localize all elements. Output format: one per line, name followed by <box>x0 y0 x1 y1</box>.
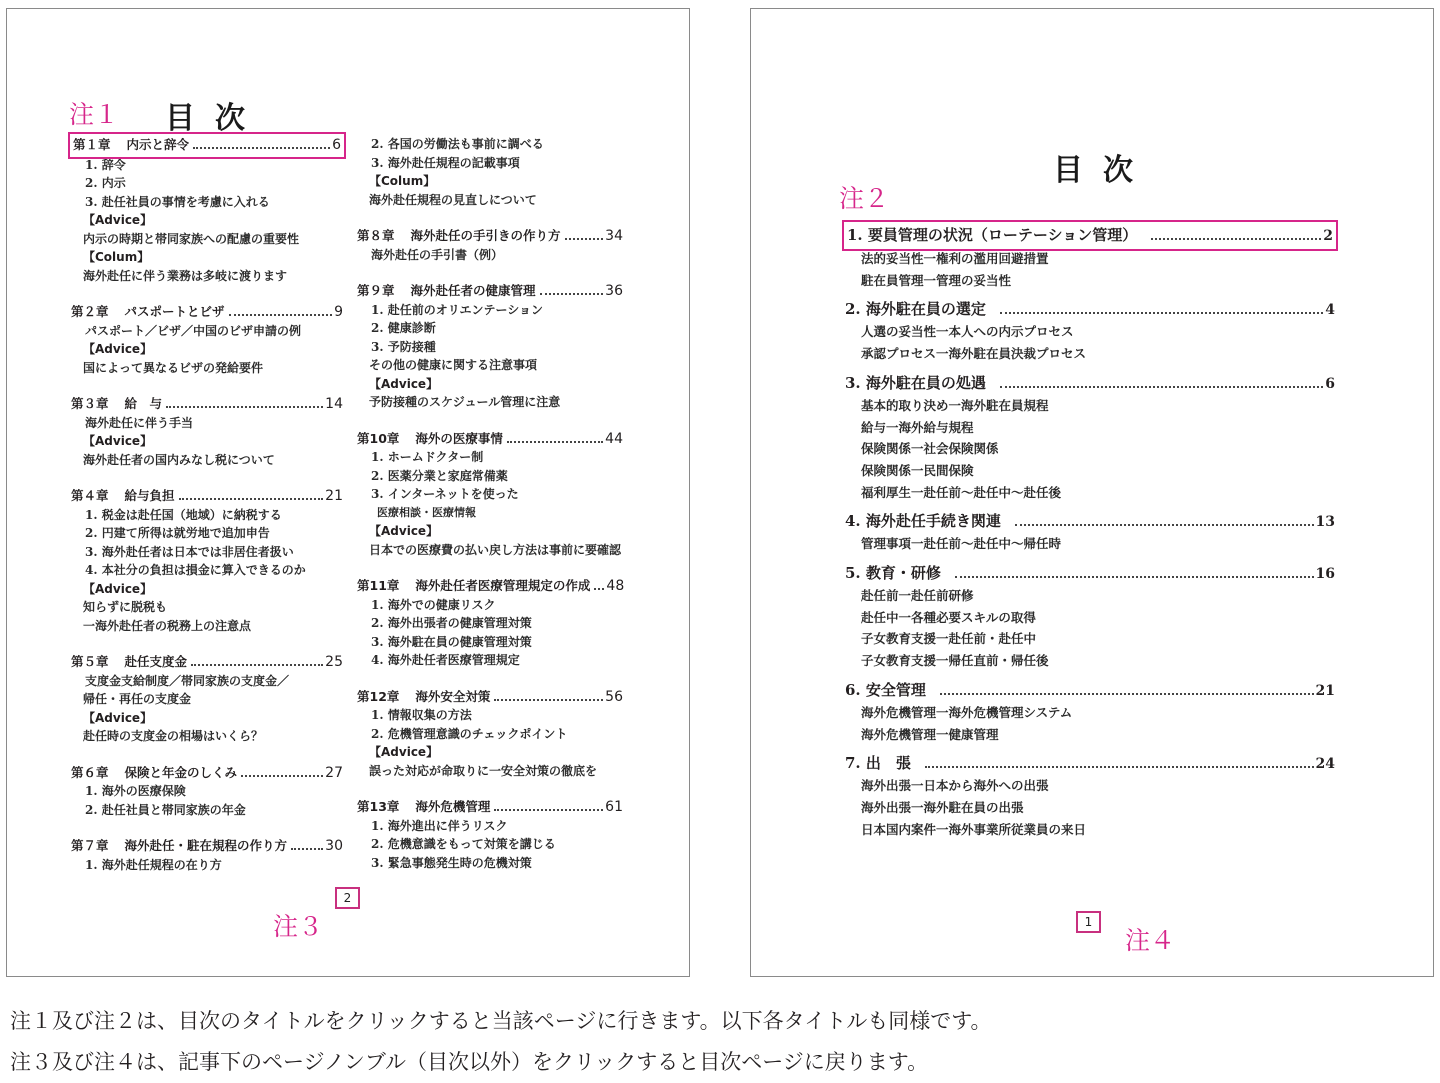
chapter-page-number: 34 <box>605 227 623 246</box>
page-title: 目次 <box>165 93 265 137</box>
section-page-number: 13 <box>1316 511 1335 533</box>
toc-subitem: 予防接種のスケジュール管理に注意 <box>357 393 623 412</box>
section-page-number: 16 <box>1316 563 1335 585</box>
chapter-title-link[interactable]: 第２章パスポートとビザ9 <box>71 303 343 322</box>
section-tag: 【Advice】 <box>71 709 343 728</box>
chapter-page-number: 30 <box>325 837 343 856</box>
chapter-name: 海外の医療事情 <box>415 430 503 449</box>
toc-section: 7. 出 張24海外出張一日本から海外への出張海外出張一海外駐在員の出張日本国内… <box>845 752 1335 840</box>
toc-subitem: 福利厚生一赴任前～赴任中～赴任後 <box>845 482 1335 504</box>
dot-leader <box>166 406 323 408</box>
section-page-number: 2 <box>1323 225 1333 247</box>
toc-subitem: 赴任中一各種必要スキルの取得 <box>845 607 1335 629</box>
note-2-label: 注２ <box>839 179 889 215</box>
dot-leader <box>179 498 324 500</box>
toc-subitem: 4. 海外赴任者医療管理規定 <box>357 651 623 670</box>
toc-subitem: 2. 危機管理意識のチェックポイント <box>357 725 623 744</box>
toc-page-right: 目次 注２ 1. 要員管理の状況（ローテーション管理）2法的妥当性一権利の濫用回… <box>750 8 1434 977</box>
toc-subitem: 海外赴任規程の見直しについて <box>357 191 623 210</box>
chapter-block: 第11章海外赴任者医療管理規定の作成481. 海外での健康リスク2. 海外出張者… <box>357 577 623 670</box>
note-1-label: 注１ <box>69 95 119 131</box>
note-3-label: 注３ <box>273 907 323 943</box>
dot-leader <box>241 775 323 777</box>
toc-subitem: 法的妥当性一権利の濫用回避措置 <box>845 248 1335 270</box>
toc-subitem: 1. 海外の医療保険 <box>71 782 343 801</box>
chapter-page-number: 48 <box>606 577 624 596</box>
chapter-name: 海外安全対策 <box>415 688 490 707</box>
chapter-number: 第８章 <box>357 227 395 246</box>
chapter-block: 第７章海外赴任・駐在規程の作り方301. 海外赴任規程の在り方 <box>71 837 343 874</box>
dot-leader <box>229 314 333 316</box>
section-page-number: 24 <box>1316 753 1335 775</box>
toc-subitem: 誤った対応が命取りに一安全対策の徹底を <box>357 762 623 781</box>
chapter-block: 第９章海外赴任者の健康管理361. 赴任前のオリエンテーション2. 健康診断3.… <box>357 282 623 412</box>
section-tag: 【Advice】 <box>71 432 343 451</box>
toc-section: 2. 海外駐在員の選定4人選の妥当性一本人への内示プロセス承認プロセス一海外駐在… <box>845 298 1335 364</box>
chapter-number: 第３章 <box>71 395 109 414</box>
toc-subitem: 1. 海外進出に伴うリスク <box>357 817 623 836</box>
section-page-number: 4 <box>1325 299 1335 321</box>
dot-leader <box>1151 238 1321 240</box>
toc-subitem: 1. 情報収集の方法 <box>357 706 623 725</box>
chapter-block: 第13章海外危機管理611. 海外進出に伴うリスク2. 危機意識をもって対策を講… <box>357 798 623 872</box>
dot-leader <box>1000 386 1323 388</box>
toc-subitem: 3. 海外赴任者は日本では非居住者扱い <box>71 543 343 562</box>
dot-leader <box>494 699 603 701</box>
toc-subitem: 赴任時の支度金の相場はいくら？ <box>71 727 343 746</box>
section-name: 4. 海外赴任手続き関連 <box>845 510 1001 532</box>
toc-subitem: 海外赴任者の国内みなし税について <box>71 451 343 470</box>
caption-line-1: 注１及び注２は、目次のタイトルをクリックすると当該ページに行きます。以下各タイト… <box>10 1005 992 1035</box>
chapter-block: 第５章赴任支度金25支度金支給制度／帯同家族の支度金／帰任・再任の支度金【Adv… <box>71 653 343 746</box>
chapter-title-link[interactable]: 第12章海外安全対策56 <box>357 688 623 707</box>
section-tag: 【Colum】 <box>357 172 623 191</box>
chapter-name: 赴任支度金 <box>125 653 188 672</box>
chapter-block: 第10章海外の医療事情441. ホームドクター制2. 医薬分業と家庭常備薬3. … <box>357 430 623 560</box>
toc-subitem: 基本的取り決め一海外駐在員規程 <box>845 395 1335 417</box>
chapter-number: 第10章 <box>357 430 399 449</box>
chapter-name: 給与負担 <box>125 487 175 506</box>
chapter-title-link[interactable]: 第３章給 与14 <box>71 395 343 414</box>
dot-leader <box>193 147 330 149</box>
toc-subitem: 人選の妥当性一本人への内示プロセス <box>845 321 1335 343</box>
toc-page-left: 注１ 目次 第１章内示と辞令61. 辞令2. 内示3. 赴任社員の事情を考慮に入… <box>6 8 690 977</box>
toc-subitem: 海外危機管理一健康管理 <box>845 724 1335 746</box>
chapter-page-number: 9 <box>334 303 343 322</box>
dot-leader <box>955 576 1314 578</box>
chapter-page-number: 14 <box>325 395 343 414</box>
chapter-number: 第６章 <box>71 764 109 783</box>
toc-subitem: 医療相談・医療情報 <box>357 504 623 523</box>
toc-section: 6. 安全管理21海外危機管理一海外危機管理システム海外危機管理一健康管理 <box>845 679 1335 745</box>
toc-subitem: 1. 海外での健康リスク <box>357 596 623 615</box>
section-tag: 【Colum】 <box>71 248 343 267</box>
section-page-number: 6 <box>1325 373 1335 395</box>
toc-subitem: 3. 海外赴任規程の記載事項 <box>357 154 623 173</box>
chapter-title-link[interactable]: 第８章海外赴任の手引きの作り方34 <box>357 227 623 246</box>
dot-leader <box>494 809 603 811</box>
chapter-title-link[interactable]: 第13章海外危機管理61 <box>357 798 623 817</box>
dot-leader <box>594 588 604 590</box>
chapter-name: 海外赴任・駐在規程の作り方 <box>125 837 288 856</box>
chapter-name: 給 与 <box>125 395 163 414</box>
chapter-number: 第１章 <box>73 136 111 155</box>
chapter-page-number: 61 <box>605 798 623 817</box>
toc-subitem: 1. 海外赴任規程の在り方 <box>71 856 343 875</box>
toc-subitem: 3. インターネットを使った <box>357 485 623 504</box>
section-name: 5. 教育・研修 <box>845 562 941 584</box>
toc-section: 3. 海外駐在員の処遇6基本的取り決め一海外駐在員規程給与一海外給与規程保険関係… <box>845 372 1335 504</box>
chapter-title-link[interactable]: 第10章海外の医療事情44 <box>357 430 623 449</box>
toc-subitem: 管理事項一赴任前～赴任中～帰任時 <box>845 533 1335 555</box>
chapter-title-link[interactable]: 第１章内示と辞令6 <box>71 135 343 156</box>
section-title-link[interactable]: 1. 要員管理の状況（ローテーション管理）2 <box>845 223 1335 248</box>
toc-subitem: 1. 税金は赴任国（地域）に納税する <box>71 506 343 525</box>
chapter-block: 第４章給与負担211. 税金は赴任国（地域）に納税する2. 円建て所得は就労地で… <box>71 487 343 635</box>
toc-subitem: 保険関係一民間保険 <box>845 460 1335 482</box>
toc-subitem: 2. 健康診断 <box>357 319 623 338</box>
chapter-block: 第12章海外安全対策561. 情報収集の方法2. 危機管理意識のチェックポイント… <box>357 688 623 781</box>
toc-subitem: 2. 各国の労働法も事前に調べる <box>357 135 623 154</box>
dot-leader <box>1000 312 1323 314</box>
toc-subitem: 2. 危機意識をもって対策を講じる <box>357 835 623 854</box>
chapter-number: 第11章 <box>357 577 399 596</box>
toc-subitem: 承認プロセス一海外駐在員決裁プロセス <box>845 343 1335 365</box>
toc-subitem: 子女教育支援一帰任直前・帰任後 <box>845 650 1335 672</box>
toc-subitem: 2. 円建て所得は就労地で追加申告 <box>71 524 343 543</box>
chapter-page-number: 36 <box>605 282 623 301</box>
toc-subitem: その他の健康に関する注意事項 <box>357 356 623 375</box>
toc-subitem: 海外出張一海外駐在員の出張 <box>845 797 1335 819</box>
dot-leader <box>565 238 604 240</box>
chapter-title-link[interactable]: 第６章保険と年金のしくみ27 <box>71 764 343 783</box>
section-name: 7. 出 張 <box>845 752 911 774</box>
chapter-name: 海外赴任者医療管理規定の作成 <box>415 577 590 596</box>
toc-subitem: 1. 赴任前のオリエンテーション <box>357 301 623 320</box>
chapter-number: 第４章 <box>71 487 109 506</box>
chapter-number: 第12章 <box>357 688 399 707</box>
chapter-title-link[interactable]: 第７章海外赴任・駐在規程の作り方30 <box>71 837 343 856</box>
section-tag: 【Advice】 <box>357 375 623 394</box>
dot-leader <box>1015 524 1314 526</box>
chapter-block: 第３章給 与14海外赴任に伴う手当【Advice】海外赴任者の国内みなし税につい… <box>71 395 343 469</box>
chapter-number: 第５章 <box>71 653 109 672</box>
section-name: 1. 要員管理の状況（ローテーション管理） <box>847 224 1137 246</box>
section-name: 3. 海外駐在員の処遇 <box>845 372 986 394</box>
section-title-link[interactable]: 6. 安全管理21 <box>845 679 1335 702</box>
toc-subitem: 日本国内案件一海外事業所従業員の来日 <box>845 819 1335 841</box>
section-tag: 【Advice】 <box>71 211 343 230</box>
chapter-page-number: 21 <box>325 487 343 506</box>
toc-column-left: 第１章内示と辞令61. 辞令2. 内示3. 赴任社員の事情を考慮に入れる【Adv… <box>71 135 343 892</box>
toc-subitem: 1. 辞令 <box>71 156 343 175</box>
chapter-continuation: 2. 各国の労働法も事前に調べる3. 海外赴任規程の記載事項【Colum】海外赴… <box>357 135 623 209</box>
toc-section: 4. 海外赴任手続き関連13管理事項一赴任前～赴任中～帰任時 <box>845 510 1335 555</box>
toc-subitem: 2. 内示 <box>71 174 343 193</box>
toc-subitem: 海外赴任に伴う手当 <box>71 414 343 433</box>
chapter-page-number: 6 <box>332 136 341 155</box>
toc-subitem: 知らずに脱税も <box>71 598 343 617</box>
toc-subitem: 駐在員管理一管理の妥当性 <box>845 270 1335 292</box>
chapter-block: 第１章内示と辞令61. 辞令2. 内示3. 赴任社員の事情を考慮に入れる【Adv… <box>71 135 343 285</box>
toc-subitem: 赴任前一赴任前研修 <box>845 585 1335 607</box>
toc-subitem: 海外危機管理一海外危機管理システム <box>845 702 1335 724</box>
chapter-title-link[interactable]: 第５章赴任支度金25 <box>71 653 343 672</box>
dot-leader <box>940 693 1314 695</box>
page-number-link[interactable]: 2 <box>335 887 360 909</box>
toc-subitem: パスポート／ビザ／中国のビザ申請の例 <box>71 322 343 341</box>
toc-subitem: 3. 赴任社員の事情を考慮に入れる <box>71 193 343 212</box>
toc-subitem: 4. 本社分の負担は損金に算入できるのか <box>71 561 343 580</box>
chapter-title-link[interactable]: 第９章海外赴任者の健康管理36 <box>357 282 623 301</box>
section-tag: 【Advice】 <box>357 743 623 762</box>
caption-line-2: 注３及び注４は、記事下のページノンブル（目次以外）をクリックすると目次ページに戻… <box>10 1046 928 1076</box>
toc-subitem: 日本での医療費の払い戻し方法は事前に要確認 <box>357 541 623 560</box>
chapter-page-number: 25 <box>325 653 343 672</box>
page-number-link[interactable]: 1 <box>1076 911 1101 933</box>
chapter-name: 内示と辞令 <box>127 136 190 155</box>
toc-section: 5. 教育・研修16赴任前一赴任前研修赴任中一各種必要スキルの取得子女教育支援一… <box>845 562 1335 672</box>
section-name: 6. 安全管理 <box>845 679 926 701</box>
toc-subitem: 海外赴任の手引書（例） <box>357 246 623 265</box>
section-title-link[interactable]: 3. 海外駐在員の処遇6 <box>845 372 1335 395</box>
toc-subitem: 内示の時期と帯同家族への配慮の重要性 <box>71 230 343 249</box>
toc-subitem: 一海外赴任者の税務上の注意点 <box>71 617 343 636</box>
chapter-page-number: 56 <box>605 688 623 707</box>
section-tag: 【Advice】 <box>357 522 623 541</box>
section-name: 2. 海外駐在員の選定 <box>845 298 986 320</box>
section-title-link[interactable]: 5. 教育・研修16 <box>845 562 1335 585</box>
toc-subitem: 3. 緊急事態発生時の危機対策 <box>357 854 623 873</box>
toc-subitem: 国によって異なるビザの発給要件 <box>71 359 343 378</box>
chapter-number: 第９章 <box>357 282 395 301</box>
page-title: 目次 <box>1053 145 1153 189</box>
chapter-name: 海外赴任者の健康管理 <box>411 282 536 301</box>
toc-subitem: 3. 海外駐在員の健康管理対策 <box>357 633 623 652</box>
section-tag: 【Advice】 <box>71 340 343 359</box>
chapter-name: 海外危機管理 <box>415 798 490 817</box>
toc-subitem: 保険関係一社会保険関係 <box>845 438 1335 460</box>
note-4-label: 注４ <box>1125 921 1175 957</box>
section-tag: 【Advice】 <box>71 580 343 599</box>
dot-leader <box>291 848 323 850</box>
chapter-number: 第７章 <box>71 837 109 856</box>
toc-subitem: 1. ホームドクター制 <box>357 448 623 467</box>
toc-section: 1. 要員管理の状況（ローテーション管理）2法的妥当性一権利の濫用回避措置駐在員… <box>845 223 1335 291</box>
chapter-number: 第13章 <box>357 798 399 817</box>
section-title-link[interactable]: 7. 出 張24 <box>845 752 1335 775</box>
chapter-title-link[interactable]: 第11章海外赴任者医療管理規定の作成48 <box>357 577 623 596</box>
chapter-page-number: 44 <box>605 430 623 449</box>
toc-subitem: 海外出張一日本から海外への出張 <box>845 775 1335 797</box>
toc-subitem: 帰任・再任の支度金 <box>71 690 343 709</box>
toc-subitem: 給与一海外給与規程 <box>845 417 1335 439</box>
dot-leader <box>540 293 604 295</box>
chapter-name: 保険と年金のしくみ <box>125 764 238 783</box>
section-title-link[interactable]: 2. 海外駐在員の選定4 <box>845 298 1335 321</box>
toc-column-right: 2. 各国の労働法も事前に調べる3. 海外赴任規程の記載事項【Colum】海外赴… <box>357 135 623 890</box>
chapter-name: パスポートとビザ <box>125 303 225 322</box>
dot-leader <box>925 766 1314 768</box>
chapter-title-link[interactable]: 第４章給与負担21 <box>71 487 343 506</box>
dot-leader <box>507 441 603 443</box>
toc-subitem: 支度金支給制度／帯同家族の支度金／ <box>71 672 343 691</box>
toc-subitem: 2. 海外出張者の健康管理対策 <box>357 614 623 633</box>
chapter-block: 第６章保険と年金のしくみ271. 海外の医療保険2. 赴任社員と帯同家族の年金 <box>71 764 343 820</box>
section-page-number: 21 <box>1316 680 1335 702</box>
toc-section-list: 1. 要員管理の状況（ローテーション管理）2法的妥当性一権利の濫用回避措置駐在員… <box>845 223 1335 847</box>
chapter-number: 第２章 <box>71 303 109 322</box>
toc-subitem: 2. 医薬分業と家庭常備薬 <box>357 467 623 486</box>
chapter-page-number: 27 <box>325 764 343 783</box>
chapter-name: 海外赴任の手引きの作り方 <box>411 227 561 246</box>
toc-subitem: 2. 赴任社員と帯同家族の年金 <box>71 801 343 820</box>
toc-subitem: 3. 予防接種 <box>357 338 623 357</box>
chapter-block: 第２章パスポートとビザ9パスポート／ビザ／中国のビザ申請の例【Advice】国に… <box>71 303 343 377</box>
dot-leader <box>191 664 323 666</box>
chapter-block: 第８章海外赴任の手引きの作り方34海外赴任の手引書（例） <box>357 227 623 264</box>
toc-subitem: 子女教育支援一赴任前・赴任中 <box>845 628 1335 650</box>
section-title-link[interactable]: 4. 海外赴任手続き関連13 <box>845 510 1335 533</box>
toc-subitem: 海外赴任に伴う業務は多岐に渡ります <box>71 267 343 286</box>
